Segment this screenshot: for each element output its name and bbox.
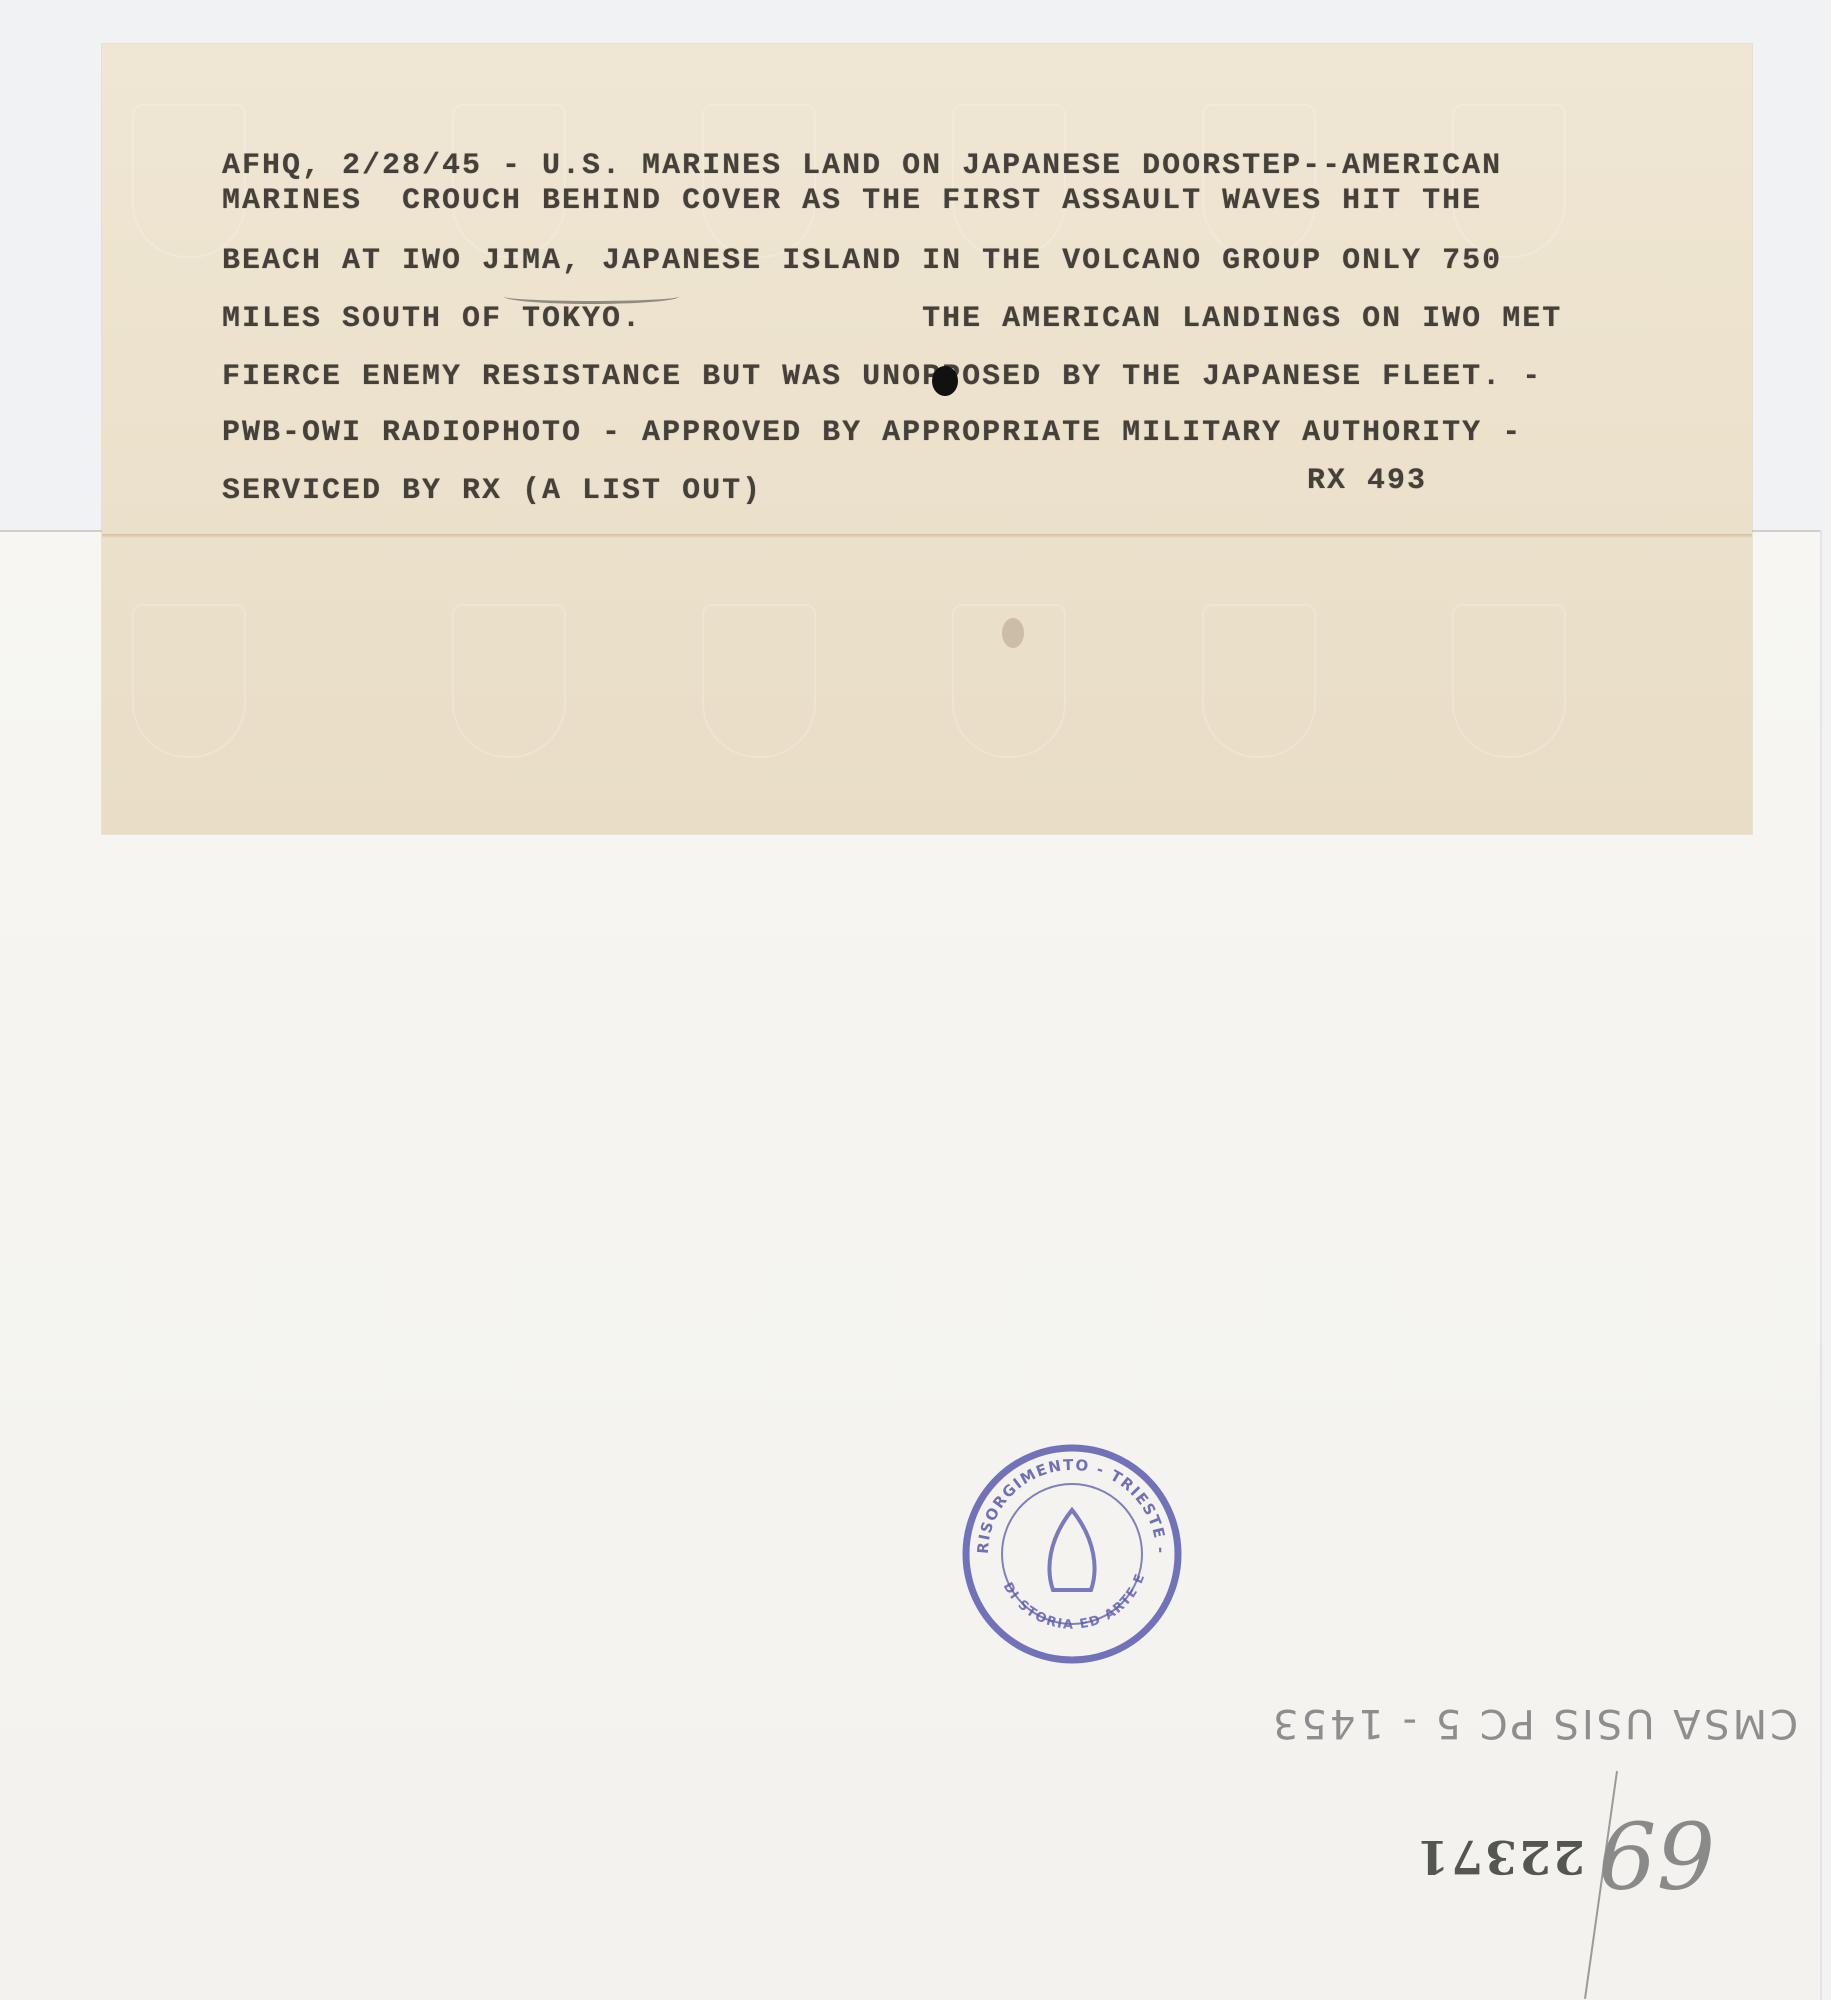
caption-line-7-right: RX 493 <box>1307 464 1427 498</box>
caption-line-5: FIERCE ENEMY RESISTANCE BUT WAS UNOPPOSE… <box>222 360 1542 394</box>
archive-pencil-note: CMSA USIS PC 5 - 1453 <box>1270 1700 1798 1746</box>
watermark-shield <box>132 604 246 758</box>
ink-blot <box>932 366 958 396</box>
caption-line-6: PWB-OWI RADIOPHOTO - APPROVED BY APPROPR… <box>222 416 1522 450</box>
svg-text:RISORGIMENTO - TRIESTE - MUSEI: RISORGIMENTO - TRIESTE - MUSEI CIVICI <box>958 1440 1170 1555</box>
caption-line-4: MILES SOUTH OF TOKYO. THE AMERICAN LANDI… <box>222 302 1562 336</box>
caption-line-2: MARINES CROUCH BEHIND COVER AS THE FIRST… <box>222 184 1482 218</box>
caption-line-7-left: SERVICED BY RX (A LIST OUT) <box>222 474 762 508</box>
caption-slip: AFHQ, 2/28/45 - U.S. MARINES LAND ON JAP… <box>102 44 1752 834</box>
watermark-shield <box>702 604 816 758</box>
caption-line-1: AFHQ, 2/28/45 - U.S. MARINES LAND ON JAP… <box>222 149 1502 183</box>
museum-stamp: RISORGIMENTO - TRIESTE - MUSEI CIVICI DI… <box>958 1440 1186 1668</box>
handwritten-mark: 69 <box>1598 1800 1715 1907</box>
watermark-shield <box>452 604 566 758</box>
fold-line <box>102 534 1752 538</box>
caption-line-3: BEACH AT IWO JIMA, JAPANESE ISLAND IN TH… <box>222 244 1502 278</box>
paper-stain <box>1002 618 1024 648</box>
stamp-seal-icon: RISORGIMENTO - TRIESTE - MUSEI CIVICI DI… <box>958 1440 1186 1668</box>
inventory-number: 22371 <box>1415 1830 1585 1884</box>
watermark-shield <box>1452 604 1566 758</box>
watermark-shield <box>1202 604 1316 758</box>
